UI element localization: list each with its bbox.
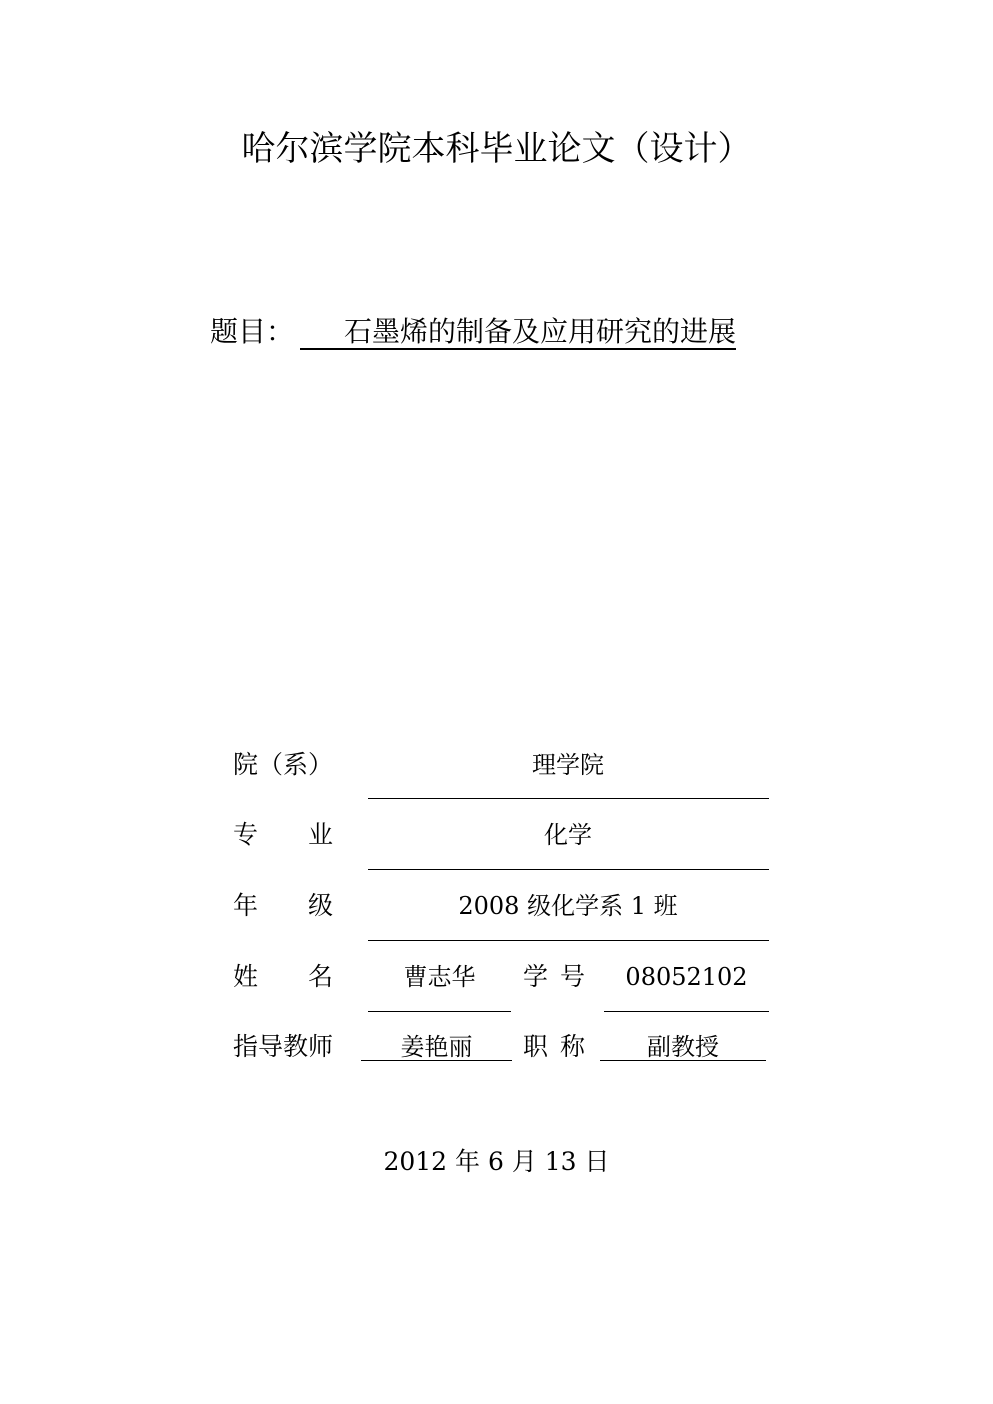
name-underline [368, 1011, 511, 1012]
advisor-label: 指导教师 [233, 1029, 333, 1065]
submission-date: 2012 年 6 月 13 日 [0, 1144, 993, 1180]
department-label: 院（系） [233, 747, 333, 783]
major-label: 专 业 [233, 817, 333, 853]
grade-label: 年 级 [233, 888, 333, 924]
topic-value: 石墨烯的制备及应用研究的进展 [300, 312, 736, 350]
student-id-underline [604, 1011, 769, 1012]
advisor-underline [361, 1060, 512, 1061]
grade-underline [368, 940, 769, 941]
grade-value: 2008 级化学系 1 班 [368, 888, 768, 924]
department-underline [368, 798, 769, 799]
student-id-label: 学 号 [523, 959, 585, 995]
student-id-value: 08052102 [604, 959, 769, 995]
title-rank-label: 职 称 [523, 1029, 585, 1065]
major-underline [368, 869, 769, 870]
major-value: 化学 [368, 817, 768, 853]
department-value: 理学院 [368, 747, 768, 783]
name-label: 姓 名 [233, 959, 333, 995]
title-rank-underline [600, 1060, 766, 1061]
name-value: 曹志华 [368, 959, 511, 995]
document-title: 哈尔滨学院本科毕业论文（设计） [0, 124, 993, 174]
topic-label: 题目： [210, 312, 294, 352]
